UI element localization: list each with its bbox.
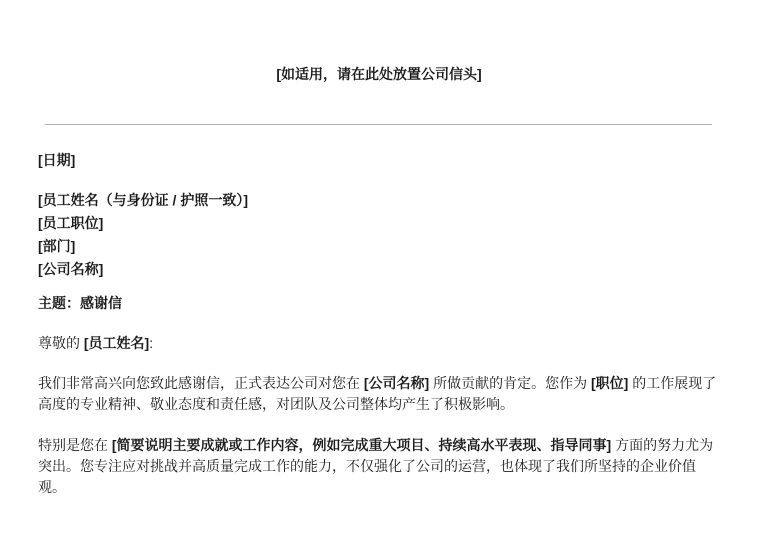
recipient-company-line: [公司名称] [38, 258, 720, 281]
subject-line: 主题：感谢信 [38, 293, 720, 314]
date-placeholder: [日期] [38, 150, 720, 171]
salutation-colon: : [149, 335, 153, 351]
recipient-department-line: [部门] [38, 235, 720, 258]
salutation-line: 尊敬的 [员工姓名]: [38, 333, 720, 354]
body-paragraph-appreciation: 我们非常高兴向您致此感谢信，正式表达公司对您在 [公司名称] 所做贡献的肯定。您… [38, 373, 720, 415]
letterhead-placeholder: [如适用，请在此处放置公司信头] [38, 64, 720, 85]
recipient-block: [员工姓名（与身份证 / 护照一致）] [员工职位] [部门] [公司名称] [38, 189, 720, 281]
salutation-prefix: 尊敬的 [38, 335, 84, 351]
horizontal-divider [45, 124, 712, 125]
recipient-name-line: [员工姓名（与身份证 / 护照一致）] [38, 189, 720, 212]
body-paragraph-achievements: 特别是您在 [简要说明主要成就或工作内容，例如完成重大项目、持续高水平表现、指导… [38, 435, 720, 498]
salutation-name-placeholder: [员工姓名] [84, 335, 149, 351]
recipient-position-line: [员工职位] [38, 212, 720, 235]
letter-document-page: [如适用，请在此处放置公司信头] [日期] [员工姓名（与身份证 / 护照一致）… [0, 0, 768, 540]
